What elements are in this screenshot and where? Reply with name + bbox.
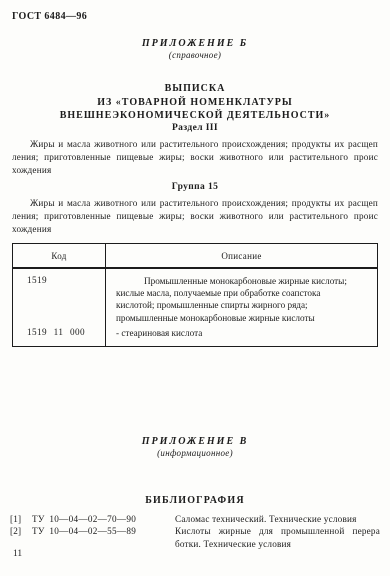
table-row: 1519 Промышленные монокарбоновые жирные …: [13, 269, 377, 324]
bibliography-entry: [2] ТУ 10—04—02—55—89 Кислоты жирные для…: [10, 525, 380, 550]
main-title: ВЫПИСКА ИЗ «ТОВАРНОЙ НОМЕНКЛАТУРЫ ВНЕШНЕ…: [0, 82, 390, 123]
group-paragraph-line-1: Жиры и масла животного или растительного…: [12, 197, 378, 210]
appendix-b-label: ПРИЛОЖЕНИЕ Б: [0, 38, 390, 49]
table-header-row: Код Описание: [13, 244, 377, 269]
bibliography-ref-number: [1]: [10, 513, 32, 525]
description-line: Промышленные монокарбоновые жирные кисло…: [116, 275, 369, 287]
bibliography-description: Кислоты жирные для промышленной перера б…: [175, 525, 380, 550]
main-title-line-3: ВНЕШНЕЭКОНОМИЧЕСКОЙ ДЕЯТЕЛЬНОСТИ»: [0, 109, 390, 123]
appendix-b-header: ПРИЛОЖЕНИЕ Б (справочное): [0, 38, 390, 60]
doc-number: ГОСТ 6484—96: [12, 11, 87, 22]
code-value: 1519 11 000: [27, 327, 85, 337]
page-number: 11: [13, 549, 22, 559]
bibliography-heading: БИБЛИОГРАФИЯ: [0, 495, 390, 506]
appendix-b-note: (справочное): [0, 50, 390, 60]
bibliography-description-line: ботки. Технические условия: [175, 538, 380, 550]
bibliography-description-line: Кислоты жирные для промышленной перера: [175, 525, 380, 537]
bibliography-ref-number: [2]: [10, 525, 32, 537]
description-cell: Промышленные монокарбоновые жирные кисло…: [106, 269, 377, 324]
appendix-v-header: ПРИЛОЖЕНИЕ В (информационное): [0, 436, 390, 458]
description-line: кислые масла, получаемые при обработке с…: [116, 287, 369, 299]
table-header-description: Описание: [106, 244, 377, 267]
group-paragraph-line-2: ления; приготовленные пищевые жиры; воск…: [12, 210, 378, 223]
main-title-line-2: ИЗ «ТОВАРНОЙ НОМЕНКЛАТУРЫ: [0, 96, 390, 110]
table-header-code: Код: [13, 244, 106, 267]
bibliography-description: Саломас технический. Технические условия: [175, 513, 380, 525]
bibliography-ref-code: ТУ 10—04—02—55—89: [32, 525, 136, 537]
description-line: кислотой; промышленные спирты жирного ря…: [116, 299, 369, 311]
code-cell: 1519 11 000: [13, 324, 106, 346]
bibliography-ref: [2] ТУ 10—04—02—55—89: [10, 525, 175, 537]
table-row: 1519 11 000 - стеариновая кислота: [13, 324, 377, 346]
bibliography-entry: [1] ТУ 10—04—02—70—90 Саломас технически…: [10, 513, 380, 525]
appendix-v-label: ПРИЛОЖЕНИЕ В: [0, 436, 390, 447]
appendix-v-note: (информационное): [0, 448, 390, 458]
description-line: - стеариновая кислота: [116, 327, 369, 339]
bibliography-description-line: Саломас технический. Технические условия: [175, 513, 380, 525]
group-heading: Группа 15: [0, 182, 390, 192]
bibliography-ref-code: ТУ 10—04—02—70—90: [32, 513, 136, 525]
code-value: 1519: [27, 275, 47, 285]
section-heading: Раздел III: [0, 123, 390, 133]
description-line: промышленные монокарбоновые жирные кисло…: [116, 312, 369, 324]
code-cell: 1519: [13, 269, 106, 324]
group-paragraph: Жиры и масла животного или растительного…: [12, 197, 378, 236]
section-paragraph-line-3: хождения: [12, 164, 378, 177]
bibliography-list: [1] ТУ 10—04—02—70—90 Саломас технически…: [10, 513, 380, 550]
bibliography-ref: [1] ТУ 10—04—02—70—90: [10, 513, 175, 525]
main-title-line-1: ВЫПИСКА: [0, 82, 390, 96]
nomenclature-table: Код Описание 1519 Промышленные монокарбо…: [12, 243, 378, 347]
section-paragraph: Жиры и масла животного или растительного…: [12, 138, 378, 177]
description-cell: - стеариновая кислота: [106, 324, 377, 346]
group-paragraph-line-3: хождения: [12, 223, 378, 236]
section-paragraph-line-1: Жиры и масла животного или растительного…: [12, 138, 378, 151]
document-page: ГОСТ 6484—96 ПРИЛОЖЕНИЕ Б (справочное) В…: [0, 0, 390, 576]
section-paragraph-line-2: ления; приготовленные пищевые жиры; воск…: [12, 151, 378, 164]
